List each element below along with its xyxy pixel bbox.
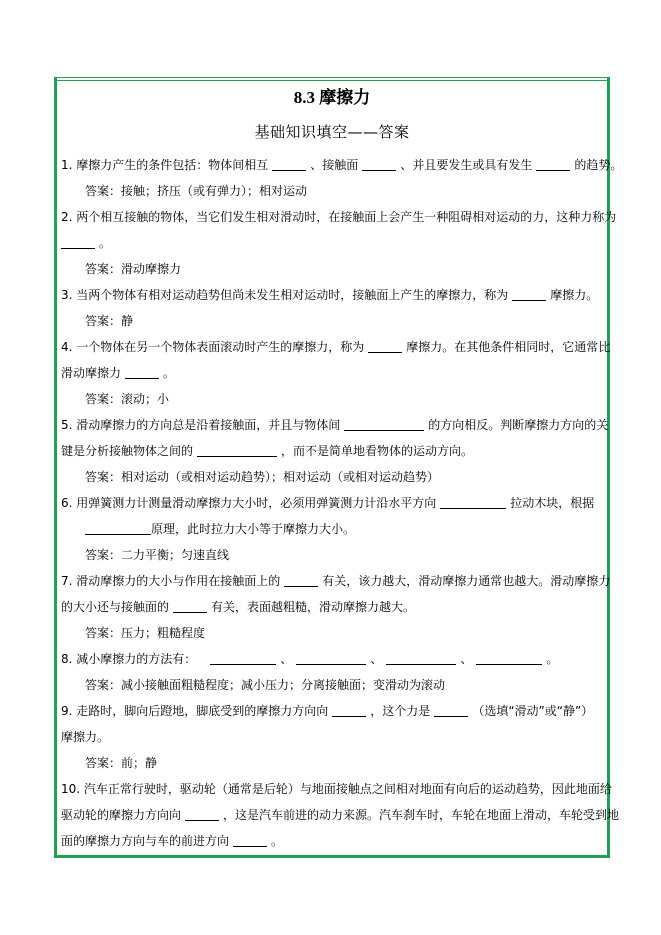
fill-blank[interactable] (185, 805, 219, 821)
fill-blank[interactable] (61, 233, 95, 249)
fill-blank[interactable] (332, 701, 366, 717)
answer-1: 答案：接触；挤压（或有弹力）；相对运动 (61, 178, 603, 204)
fill-blank[interactable] (284, 571, 318, 587)
fill-blank[interactable] (476, 649, 542, 665)
page-subtitle: 基础知识填空——答案 (57, 121, 607, 143)
question-2-cont: 。 (61, 230, 603, 256)
fill-blank[interactable] (536, 155, 570, 171)
answer-7: 答案：压力；粗糙程度 (61, 620, 603, 646)
answer-3: 答案：静 (61, 308, 603, 334)
page-title: 8.3 摩擦力 (57, 87, 607, 109)
question-7: 7. 滑动摩擦力的大小与作用在接触面上的有关，该力越大，滑动摩擦力通常也越大。滑… (61, 568, 603, 594)
fill-blank[interactable] (344, 415, 424, 431)
question-3: 3. 当两个物体有相对运动趋势但尚未发生相对运动时，接触面上产生的摩擦力，称为摩… (61, 282, 603, 308)
question-5: 5. 滑动摩擦力的方向总是沿着接触面，并且与物体间的方向相反。判断摩擦力方向的关 (61, 412, 603, 438)
question-9-cont: 摩擦力。 (61, 724, 603, 750)
fill-blank[interactable] (296, 649, 366, 665)
question-2: 2. 两个相互接触的物体，当它们发生相对滑动时，在接触面上会产生一种阻碍相对运动… (61, 204, 603, 230)
fill-blank[interactable] (125, 363, 159, 379)
fill-blank[interactable] (197, 441, 277, 457)
answer-2: 答案：滑动摩擦力 (61, 256, 603, 282)
fill-blank[interactable] (210, 649, 276, 665)
question-8: 8. 减小摩擦力的方法有：、、、。 (61, 646, 603, 672)
fill-blank[interactable] (386, 649, 456, 665)
question-1: 1. 摩擦力产生的条件包括：物体间相互、接触面、并且要发生或具有发生的趋势。 (61, 152, 603, 178)
question-list: 1. 摩擦力产生的条件包括：物体间相互、接触面、并且要发生或具有发生的趋势。 答… (61, 152, 603, 854)
question-5-cont: 键是分析接触物体之间的，而不是简单地看物体的运动方向。 (61, 438, 603, 464)
question-6-cont: 原理，此时拉力大小等于摩擦力大小。 (61, 516, 603, 542)
fill-blank[interactable] (440, 493, 506, 509)
answer-4: 答案：滚动；小 (61, 386, 603, 412)
fill-blank[interactable] (272, 155, 306, 171)
question-6: 6. 用弹簧测力计测量滑动摩擦力大小时，必须用弹簧测力计沿水平方向拉动木块，根据 (61, 490, 603, 516)
question-9: 9. 走路时，脚向后蹬地，脚底受到的摩擦力方向向，这个力是（选填“滑动”或“静”… (61, 698, 603, 724)
question-10: 10. 汽车正常行驶时，驱动轮（通常是后轮）与地面接触点之间相对地面有向后的运动… (61, 776, 603, 802)
worksheet-frame: 8.3 摩擦力 基础知识填空——答案 1. 摩擦力产生的条件包括：物体间相互、接… (54, 77, 610, 858)
question-7-cont: 的大小还与接触面的有关，表面越粗糙，滑动摩擦力越大。 (61, 594, 603, 620)
fill-blank[interactable] (512, 285, 546, 301)
answer-5: 答案：相对运动（或相对运动趋势）；相对运动（或相对运动趋势） (61, 464, 603, 490)
question-4: 4. 一个物体在另一个物体表面滚动时产生的摩擦力，称为摩擦力。在其他条件相同时，… (61, 334, 603, 360)
answer-9: 答案：前；静 (61, 750, 603, 776)
question-10-cont: 驱动轮的摩擦力方向向，这是汽车前进的动力来源。汽车刹车时，车轮在地面上滑动，车轮… (61, 802, 603, 828)
question-4-cont: 滑动摩擦力。 (61, 360, 603, 386)
fill-blank[interactable] (85, 519, 151, 535)
fill-blank[interactable] (173, 597, 207, 613)
answer-8: 答案：减小接触面粗糙程度；减小压力；分离接触面；变滑动为滚动 (61, 672, 603, 698)
fill-blank[interactable] (233, 831, 267, 847)
question-10-cont-2: 面的摩擦力方向与车的前进方向。 (61, 828, 603, 854)
answer-6: 答案：二力平衡；匀速直线 (61, 542, 603, 568)
fill-blank[interactable] (368, 337, 402, 353)
fill-blank[interactable] (434, 701, 468, 717)
fill-blank[interactable] (362, 155, 396, 171)
